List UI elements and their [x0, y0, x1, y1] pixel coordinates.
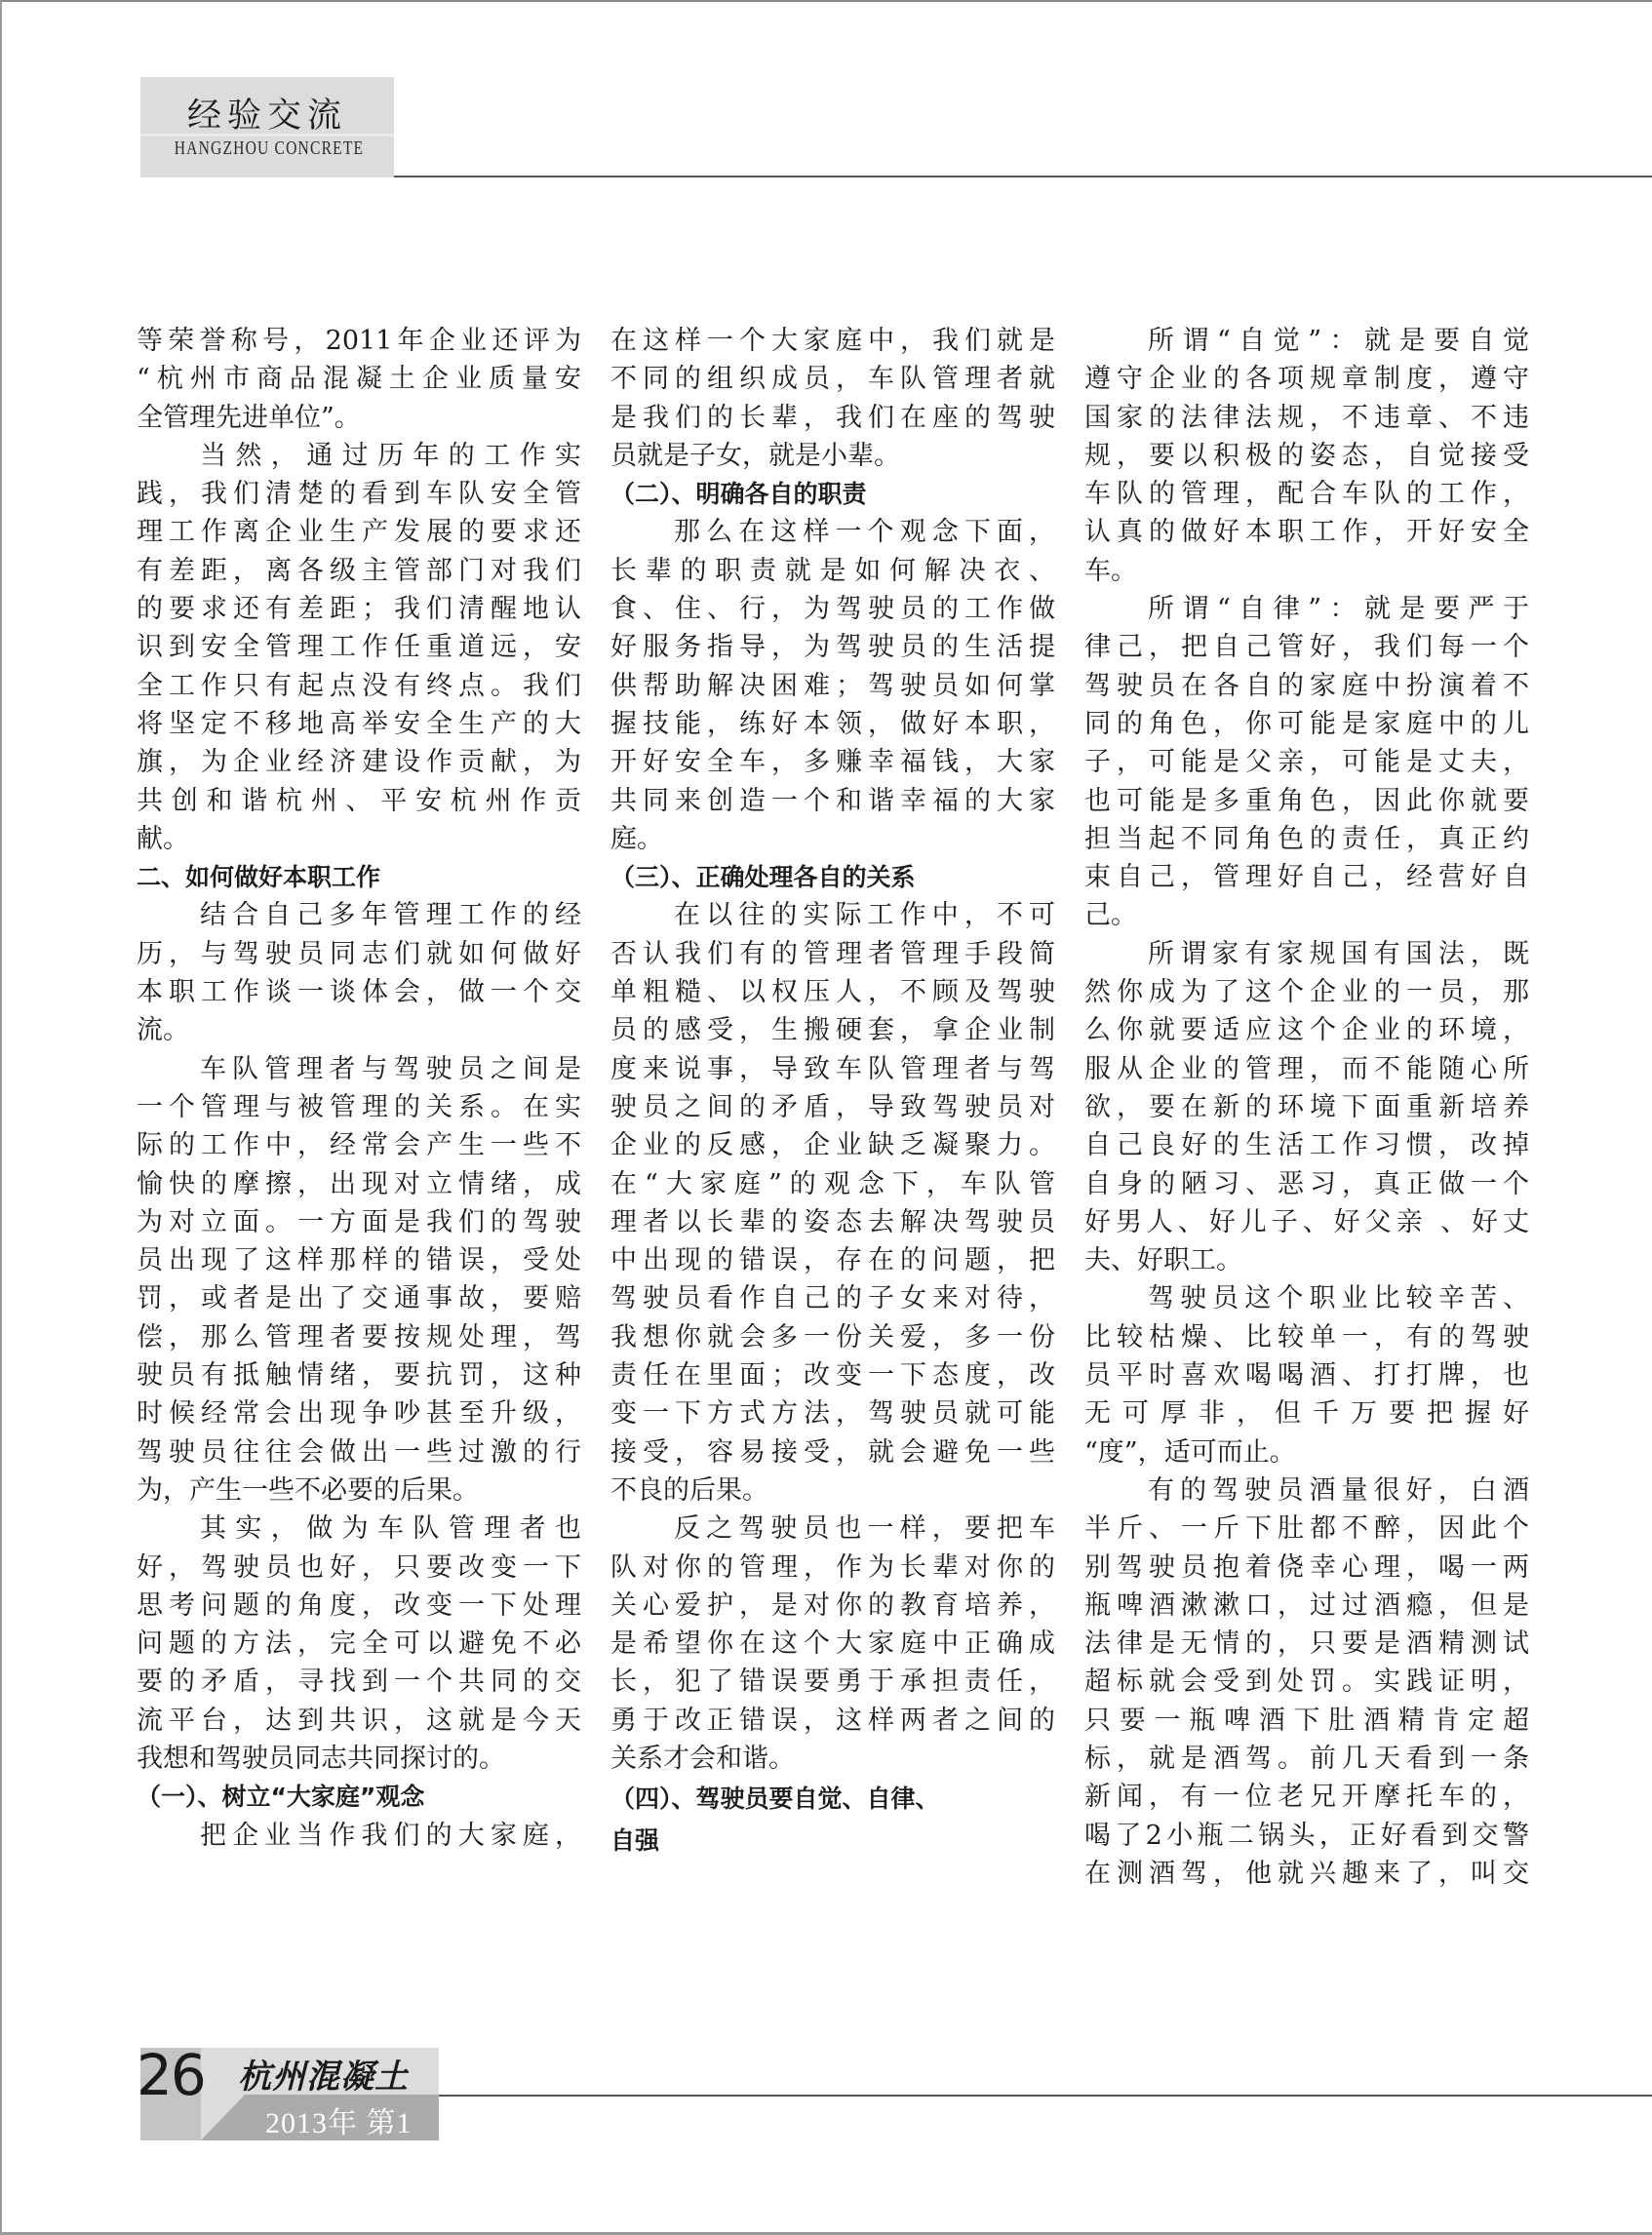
text-line: 规，要以积极的姿态，自觉接受	[1084, 437, 1529, 475]
text-line: 在测酒驾，他就兴趣来了，叫交	[1084, 1855, 1529, 1893]
text-line: 同的角色，你可能是家庭中的儿	[1084, 705, 1529, 743]
text-line: 欲，要在新的环境下面重新培养	[1084, 1088, 1529, 1126]
page-footer: 26 杭州混凝土 2013年 第1期	[140, 2048, 439, 2140]
text-line: 有的驾驶员酒量很好，白酒	[1084, 1471, 1529, 1510]
text-line: 所谓“自律”：就是要严于	[1084, 590, 1529, 628]
text-line: 新闻，有一位老兄开摩托车的，	[1084, 1778, 1529, 1816]
text-line: 单粗糙、以权压人，不顾及驾驶	[610, 973, 1055, 1011]
text-line: 无可厚非，但千万要把握好	[1084, 1394, 1529, 1432]
text-line: 庭。	[610, 820, 1055, 858]
text-line: 把企业当作我们的大家庭，	[137, 1817, 581, 1855]
text-line: 担当起不同角色的责任，真正约	[1084, 820, 1529, 858]
text-line: 的要求还有差距；我们清醒地认	[137, 590, 581, 628]
text-line: 将坚定不移地高举安全生产的大	[137, 705, 581, 743]
text-line: 际的工作中，经常会产生一些不	[137, 1126, 581, 1164]
text-line: 自己良好的生活工作习惯，改掉	[1084, 1126, 1529, 1164]
text-line: 理工作离企业生产发展的要求还	[137, 513, 581, 551]
text-line: 律己，把自己管好，我们每一个	[1084, 628, 1529, 666]
section-subtitle: HANGZHOU CONCRETE	[172, 137, 367, 160]
text-line: 责任在里面；改变一下态度，改	[610, 1356, 1055, 1394]
text-line: 当然，通过历年的工作实	[137, 437, 581, 475]
text-line: 思考问题的角度，改变一下处理	[137, 1587, 581, 1625]
text-line: 理者以长辈的姿态去解决驾驶员	[610, 1203, 1055, 1241]
text-line: 本职工作谈一谈体会，做一个交	[137, 973, 581, 1011]
text-line: 为对立面。一方面是我们的驾驶	[137, 1203, 581, 1241]
text-line: 车队管理者与驾驶员之间是	[137, 1050, 581, 1088]
text-line: 在“大家庭”的观念下，车队管	[610, 1165, 1055, 1203]
text-line: 我想你就会多一份关爱，多一份	[610, 1318, 1055, 1356]
magazine-name: 杭州混凝土	[238, 2050, 409, 2098]
text-line: 识到安全管理工作任重道远，安	[137, 628, 581, 666]
section-heading: （一）、树立“大家庭”观念	[137, 1778, 581, 1816]
text-line: 开好安全车，多赚幸福钱，大家	[610, 743, 1055, 781]
text-line: 子，可能是父亲，可能是丈夫，	[1084, 743, 1529, 781]
text-line: 比较枯燥、比较单一，有的驾驶	[1084, 1318, 1529, 1356]
text-line: 有差距，离各级主管部门对我们	[137, 552, 581, 590]
text-line: 那么在这样一个观念下面，	[610, 513, 1055, 551]
column-middle: 在这样一个大家庭中，我们就是不同的组织成员，车队管理者就是我们的长辈，我们在座的…	[610, 322, 1055, 1862]
text-line: 不同的组织成员，车队管理者就	[610, 360, 1055, 398]
text-line: 驾驶员看作自己的子女来对待，	[610, 1279, 1055, 1317]
text-line: 么你就要适应这个企业的环境，	[1084, 1011, 1529, 1049]
text-line: 中出现的错误，存在的问题，把	[610, 1241, 1055, 1279]
section-header: 经验交流 HANGZHOU CONCRETE	[140, 77, 394, 177]
text-line: 束自己，管理好自己，经营好自	[1084, 858, 1529, 896]
text-line: 夫、好职工。	[1084, 1241, 1529, 1279]
header-rule	[394, 176, 1652, 177]
text-line: 也可能是多重角色，因此你就要	[1084, 782, 1529, 820]
text-line: 在以往的实际工作中，不可	[610, 896, 1055, 934]
text-line: 接受，容易接受，就会避免一些	[610, 1433, 1055, 1471]
text-line: 驶员之间的矛盾，导致驾驶员对	[610, 1088, 1055, 1126]
text-line: 遵守企业的各项规章制度，遵守	[1084, 360, 1529, 398]
text-line: 超标就会受到处罚。实践证明，	[1084, 1663, 1529, 1701]
text-line: 企业的反感，企业缺乏凝聚力。	[610, 1126, 1055, 1164]
text-line: 流平台，达到共识，这就是今天	[137, 1702, 581, 1740]
page-number: 26	[137, 2042, 205, 2108]
text-line: 员就是子女，就是小辈。	[610, 437, 1055, 475]
text-line: 结合自己多年管理工作的经	[137, 896, 581, 934]
text-line: 献。	[137, 820, 581, 858]
text-line: 瓶啤酒漱漱口，过过酒瘾，但是	[1084, 1587, 1529, 1625]
page-border-left	[0, 0, 2, 2235]
text-line: 偿，那么管理者要按规处理，驾	[137, 1318, 581, 1356]
issue-label: 2013年 第1期	[265, 2098, 439, 2184]
text-line: 好男人、好儿子、好父亲 、好丈	[1084, 1203, 1529, 1241]
text-line: 全工作只有起点没有终点。我们	[137, 667, 581, 705]
column-left: 等荣誉称号，2011年企业还评为“杭州市商品混凝土企业质量安全管理先进单位”。当…	[137, 322, 581, 1855]
text-line: 然你成为了这个企业的一员，那	[1084, 973, 1529, 1011]
text-line: 要的矛盾，寻找到一个共同的交	[137, 1663, 581, 1701]
text-line: 己。	[1084, 896, 1529, 934]
text-line: 服从企业的管理，而不能随心所	[1084, 1050, 1529, 1088]
footer-rule	[439, 2095, 1652, 2097]
text-line: 法律是无情的，只要是酒精测试	[1084, 1625, 1529, 1663]
text-line: 关系才会和谐。	[610, 1740, 1055, 1778]
text-line: 流。	[137, 1011, 581, 1049]
text-line: 践，我们清楚的看到车队安全管	[137, 475, 581, 513]
text-line: 是希望你在这个大家庭中正确成	[610, 1625, 1055, 1663]
text-line: 员出现了这样那样的错误，受处	[137, 1241, 581, 1279]
header-divider	[140, 134, 394, 137]
text-line: 员的感受，生搬硬套，拿企业制	[610, 1011, 1055, 1049]
section-heading: （四）、驾驶员要自觉、自律、	[610, 1778, 1055, 1820]
text-line: 队对你的管理，作为长辈对你的	[610, 1549, 1055, 1587]
text-line: 共同来创造一个和谐幸福的大家	[610, 782, 1055, 820]
text-line: 半斤、一斤下肚都不醉，因此个	[1084, 1510, 1529, 1548]
text-line: 罚，或者是出了交通事故，要赔	[137, 1279, 581, 1317]
text-line: 旗，为企业经济建设作贡献，为	[137, 743, 581, 781]
text-line: 握技能，练好本领，做好本职，	[610, 705, 1055, 743]
text-line: 好服务指导，为驾驶员的生活提	[610, 628, 1055, 666]
text-line: 时候经常会出现争吵甚至升级，	[137, 1394, 581, 1432]
text-line: 别驾驶员抱着侥幸心理，喝一两	[1084, 1549, 1529, 1587]
section-heading: 自强	[610, 1820, 1055, 1862]
text-line: 为，产生一些不必要的后果。	[137, 1471, 581, 1510]
text-line: 勇于改正错误，这样两者之间的	[610, 1702, 1055, 1740]
text-line: 一个管理与被管理的关系。在实	[137, 1088, 581, 1126]
text-line: 在这样一个大家庭中，我们就是	[610, 322, 1055, 360]
text-line: 历，与驾驶员同志们就如何做好	[137, 935, 581, 973]
text-line: 所谓“自觉”：就是要自觉	[1084, 322, 1529, 360]
text-line: 关心爱护，是对你的教育培养，	[610, 1587, 1055, 1625]
text-line: 否认我们有的管理者管理手段简	[610, 935, 1055, 973]
text-line: 其实，做为车队管理者也	[137, 1510, 581, 1548]
text-line: “度”，适可而止。	[1084, 1433, 1529, 1471]
text-line: “杭州市商品混凝土企业质量安	[137, 360, 581, 398]
text-line: 驾驶员在各自的家庭中扮演着不	[1084, 667, 1529, 705]
text-line: 车队的管理，配合车队的工作，	[1084, 475, 1529, 513]
column-right: 所谓“自觉”：就是要自觉遵守企业的各项规章制度，遵守国家的法律法规，不违章、不违…	[1084, 322, 1529, 1893]
text-line: 驾驶员这个职业比较辛苦、	[1084, 1279, 1529, 1317]
text-line: 长辈的职责就是如何解决衣、	[610, 552, 1055, 590]
text-line: 问题的方法，完全可以避免不必	[137, 1625, 581, 1663]
text-line: 供帮助解决困难；驾驶员如何掌	[610, 667, 1055, 705]
text-line: 所谓家有家规国有国法，既	[1084, 935, 1529, 973]
section-heading: （三）、正确处理各自的关系	[610, 858, 1055, 896]
text-line: 驾驶员往往会做出一些过激的行	[137, 1433, 581, 1471]
text-line: 全管理先进单位”。	[137, 399, 581, 437]
text-line: 标，就是酒驾。前几天看到一条	[1084, 1740, 1529, 1778]
text-line: 喝了2小瓶二锅头，正好看到交警	[1084, 1817, 1529, 1855]
text-line: 驶员有抵触情绪，要抗罚，这种	[137, 1356, 581, 1394]
page-border-top	[0, 0, 1652, 2]
text-line: 不良的后果。	[610, 1471, 1055, 1510]
text-line: 食、住、行，为驾驶员的工作做	[610, 590, 1055, 628]
text-line: 我想和驾驶员同志共同探讨的。	[137, 1740, 581, 1778]
text-line: 长，犯了错误要勇于承担责任，	[610, 1663, 1055, 1701]
text-line: 员平时喜欢喝喝酒、打打牌，也	[1084, 1356, 1529, 1394]
text-line: 反之驾驶员也一样，要把车	[610, 1510, 1055, 1548]
text-line: 车。	[1084, 552, 1529, 590]
section-title: 经验交流	[140, 89, 394, 137]
text-line: 共创和谐杭州、平安杭州作贡	[137, 782, 581, 820]
section-heading: （二）、明确各自的职责	[610, 475, 1055, 513]
text-line: 自身的陋习、恶习，真正做一个	[1084, 1165, 1529, 1203]
text-line: 等荣誉称号，2011年企业还评为	[137, 322, 581, 360]
text-line: 变一下方式方法，驾驶员就可能	[610, 1394, 1055, 1432]
text-line: 只要一瓶啤酒下肚酒精肯定超	[1084, 1702, 1529, 1740]
text-line: 度来说事，导致车队管理者与驾	[610, 1050, 1055, 1088]
section-heading: 二、如何做好本职工作	[137, 858, 581, 896]
text-line: 愉快的摩擦，出现对立情绪，成	[137, 1165, 581, 1203]
text-line: 国家的法律法规，不违章、不违	[1084, 399, 1529, 437]
text-line: 认真的做好本职工作，开好安全	[1084, 513, 1529, 551]
text-line: 好，驾驶员也好，只要改变一下	[137, 1549, 581, 1587]
text-line: 是我们的长辈，我们在座的驾驶	[610, 399, 1055, 437]
